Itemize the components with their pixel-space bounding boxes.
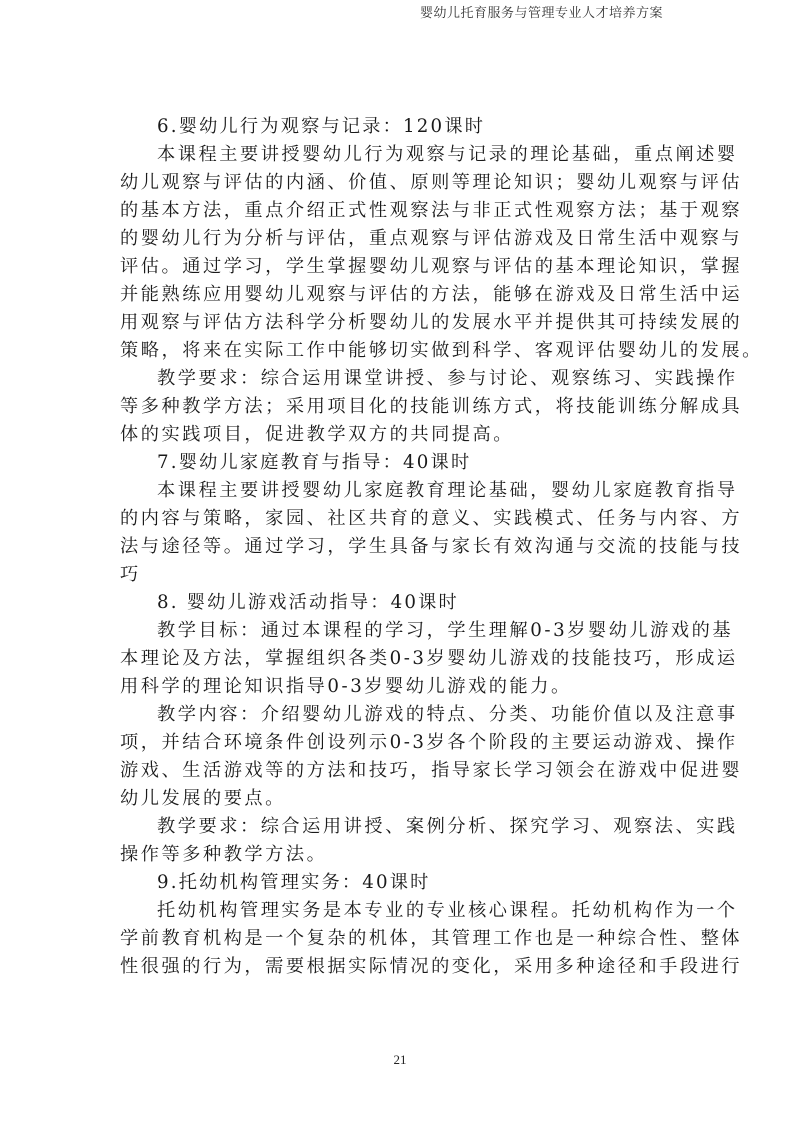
paragraph-line: 等多种教学方法；采用项目化的技能训练方式，将技能训练分解成具 [120,393,686,421]
section-heading-9: 9.托幼机构管理实务：40课时 [120,869,686,897]
paragraph-line: 性很强的行为，需要根据实际情况的变化，采用多种途径和手段进行 [120,953,686,981]
paragraph-line: 幼儿观察与评估的内涵、价值、原则等理论知识；婴幼儿观察与评估 [120,169,686,197]
paragraph-line: 用观察与评估方法科学分析婴幼儿的发展水平并提供其可持续发展的 [120,309,686,337]
running-header: 婴幼儿托育服务与管理专业人才培养方案 [420,2,680,21]
paragraph-line: 法与途径等。通过学习，学生具备与家长有效沟通与交流的技能与技 [120,533,686,561]
paragraph-line: 操作等多种教学方法。 [120,841,686,869]
paragraph-line: 教学要求：综合运用讲授、案例分析、探究学习、观察法、实践 [120,813,686,841]
document-body: 6.婴幼儿行为观察与记录：120课时 本课程主要讲授婴幼儿行为观察与记录的理论基… [120,113,686,981]
paragraph-line: 教学目标：通过本课程的学习，学生理解0-3岁婴幼儿游戏的基 [120,617,686,645]
paragraph-line: 托幼机构管理实务是本专业的专业核心课程。托幼机构作为一个 [120,897,686,925]
paragraph-line: 并能熟练应用婴幼儿观察与评估的方法，能够在游戏及日常生活中运 [120,281,686,309]
section-heading-8: 8. 婴幼儿游戏活动指导：40课时 [120,589,686,617]
paragraph-line: 的婴幼儿行为分析与评估，重点观察与评估游戏及日常生活中观察与 [120,225,686,253]
paragraph-line: 的内容与策略，家园、社区共育的意义、实践模式、任务与内容、方 [120,505,686,533]
paragraph-line: 的基本方法，重点介绍正式性观察法与非正式性观察方法；基于观察 [120,197,686,225]
paragraph-line: 游戏、生活游戏等的方法和技巧，指导家长学习领会在游戏中促进婴 [120,757,686,785]
section-heading-6: 6.婴幼儿行为观察与记录：120课时 [120,113,686,141]
section-heading-7: 7.婴幼儿家庭教育与指导：40课时 [120,449,686,477]
paragraph-line: 用科学的理论知识指导0-3岁婴幼儿游戏的能力。 [120,673,686,701]
paragraph-line: 学前教育机构是一个复杂的机体，其管理工作也是一种综合性、整体 [120,925,686,953]
paragraph-line: 本课程主要讲授婴幼儿行为观察与记录的理论基础，重点阐述婴 [120,141,686,169]
paragraph-line: 本课程主要讲授婴幼儿家庭教育理论基础，婴幼儿家庭教育指导 [120,477,686,505]
paragraph-line: 项，并结合环境条件创设列示0-3岁各个阶段的主要运动游戏、操作 [120,729,686,757]
paragraph-line: 策略，将来在实际工作中能够切实做到科学、客观评估婴幼儿的发展。 [120,337,686,365]
paragraph-line: 体的实践项目，促进教学双方的共同提高。 [120,421,686,449]
paragraph-line: 幼儿发展的要点。 [120,785,686,813]
paragraph-line: 教学内容：介绍婴幼儿游戏的特点、分类、功能价值以及注意事 [120,701,686,729]
page-number: 21 [0,1052,800,1068]
paragraph-line: 本理论及方法，掌握组织各类0-3岁婴幼儿游戏的技能技巧，形成运 [120,645,686,673]
paragraph-line: 评估。通过学习，学生掌握婴幼儿观察与评估的基本理论知识，掌握 [120,253,686,281]
paragraph-line: 巧 [120,561,686,589]
paragraph-line: 教学要求：综合运用课堂讲授、参与讨论、观察练习、实践操作 [120,365,686,393]
